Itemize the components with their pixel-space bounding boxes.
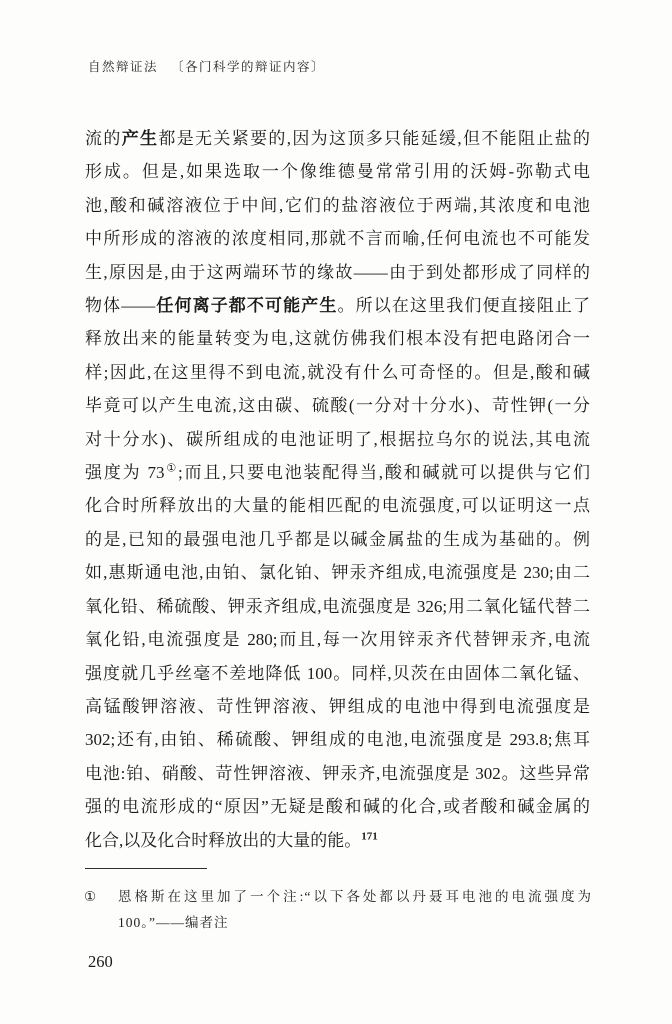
text-line: 中所形成的溶液的浓度相同,那就不言而喻,任何电流也不可能发 [85, 222, 590, 255]
text-line: 302;还有,由铂、稀硫酸、钾组成的电池,电流强度是 293.8;焦耳 [85, 723, 590, 756]
text-segment: 氧化铅,电流强度是 280;而且,每一次用锌汞齐代替钾汞齐,电流 [85, 630, 590, 649]
footnote-line-1: ① 恩格斯在这里加了一个注:“以下各处都以丹聂耳电池的电流强度为 [84, 884, 592, 910]
text-line: 强度为 73①;而且,只要电池装配得当,酸和碱就可以提供与它们 [85, 456, 590, 489]
text-segment: 高锰酸钾溶液、苛性钾溶液、钾组成的电池中得到电流强度是 [85, 697, 590, 716]
text-line: 电池:铂、硝酸、苛性钾溶液、钾汞齐,电流强度是 302。这些异常 [85, 757, 590, 790]
text-segment: 流的 [85, 129, 122, 148]
text-segment: ;而且,只要电池装配得当,酸和碱就可以提供与它们 [178, 463, 590, 482]
text-segment: 对十分水)、碳所组成的电池证明了,根据拉乌尔的说法,其电流 [85, 430, 590, 449]
body-text: 流的产生都是无关紧要的,因为这顶多只能延缓,但不能阻止盐的形成。但是,如果选取一… [85, 122, 590, 857]
text-line: 强度就几乎丝毫不差地降低 100。同样,贝茨在由固体二氧化锰、 [85, 657, 590, 690]
text-line: 池,酸和碱溶液位于中间,它们的盐溶液位于两端,其浓度和电池 [85, 189, 590, 222]
text-segment: 如,惠斯通电池,由铂、氯化铂、钾汞齐组成,电流强度是 230;由二 [85, 563, 590, 582]
page-number: 260 [88, 952, 113, 972]
text-segment: 中所形成的溶液的浓度相同,那就不言而喻,任何电流也不可能发 [85, 229, 590, 248]
footnote-text: 恩格斯在这里加了一个注:“以下各处都以丹聂耳电池的电流强度为 [118, 884, 592, 910]
emphasized-text: 任何离子都不可能产生 [155, 296, 337, 315]
text-line: 高锰酸钾溶液、苛性钾溶液、钾组成的电池中得到电流强度是 [85, 690, 590, 723]
text-segment: 强度就几乎丝毫不差地降低 100。同样,贝茨在由固体二氧化锰、 [85, 664, 590, 683]
superscript-reference: 171 [361, 830, 378, 842]
running-head-section-title: 〔各门科学的辩证内容〕 [171, 60, 325, 74]
text-segment: 强的电流形成的“原因”无疑是酸和碱的化合,或者酸和碱金属的 [85, 797, 590, 816]
text-segment: 形成。但是,如果选取一个像维德曼常常引用的沃姆-弥勒式电 [85, 162, 590, 181]
text-line: 化合时所释放出的大量的能相匹配的电流强度,可以证明这一点 [85, 489, 590, 522]
footnote-marker: ① [84, 884, 118, 910]
text-segment: 强度为 73 [85, 463, 165, 482]
text-segment: 的是,已知的最强电池几乎都是以碱金属盐的生成为基础的。例 [85, 530, 590, 549]
text-segment: 电池:铂、硝酸、苛性钾溶液、钾汞齐,电流强度是 302。这些异常 [85, 764, 590, 783]
text-segment: 生,原因是,由于这两端环节的缘故——由于到处都形成了同样的 [85, 263, 590, 282]
text-line: 强的电流形成的“原因”无疑是酸和碱的化合,或者酸和碱金属的 [85, 790, 590, 823]
text-segment: 毕竟可以产生电流,这由碳、硫酸(一分对十分水)、苛性钾(一分 [85, 396, 590, 415]
text-line: 的是,已知的最强电池几乎都是以碱金属盐的生成为基础的。例 [85, 523, 590, 556]
text-segment: 样;因此,在这里得不到电流,就没有什么可奇怪的。但是,酸和碱 [85, 363, 590, 382]
text-line: 样;因此,在这里得不到电流,就没有什么可奇怪的。但是,酸和碱 [85, 356, 590, 389]
running-head-book-title: 自然辩证法 [88, 60, 158, 74]
text-line: 形成。但是,如果选取一个像维德曼常常引用的沃姆-弥勒式电 [85, 155, 590, 188]
text-segment: 化合时所释放出的大量的能相匹配的电流强度,可以证明这一点 [85, 496, 590, 515]
text-line: 如,惠斯通电池,由铂、氯化铂、钾汞齐组成,电流强度是 230;由二 [85, 556, 590, 589]
book-page: 自然辩证法〔各门科学的辩证内容〕 流的产生都是无关紧要的,因为这顶多只能延缓,但… [0, 0, 672, 1024]
text-line: 氧化铅,电流强度是 280;而且,每一次用锌汞齐代替钾汞齐,电流 [85, 623, 590, 656]
text-segment: 302;还有,由铂、稀硫酸、钾组成的电池,电流强度是 293.8;焦耳 [85, 730, 590, 749]
text-segment: 物体—— [85, 296, 155, 315]
text-line: 化合,以及化合时释放出的大量的能。171 [85, 824, 590, 857]
text-line: 物体——任何离子都不可能产生。所以在这里我们便直接阻止了 [85, 289, 590, 322]
text-line: 生,原因是,由于这两端环节的缘故——由于到处都形成了同样的 [85, 256, 590, 289]
text-segment: 氧化铅、稀硫酸、钾汞齐组成,电流强度是 326;用二氧化锰代替二 [85, 597, 590, 616]
running-head: 自然辩证法〔各门科学的辩证内容〕 [88, 57, 325, 75]
footnote: ① 恩格斯在这里加了一个注:“以下各处都以丹聂耳电池的电流强度为 100。”——… [84, 884, 592, 936]
text-segment: 释放出来的能量转变为电,这就仿佛我们根本没有把电路闭合一 [85, 329, 590, 348]
text-line: 流的产生都是无关紧要的,因为这顶多只能延缓,但不能阻止盐的 [85, 122, 590, 155]
superscript-reference: ① [165, 462, 179, 474]
text-line: 对十分水)、碳所组成的电池证明了,根据拉乌尔的说法,其电流 [85, 423, 590, 456]
footnote-divider [85, 868, 207, 869]
text-line: 毕竟可以产生电流,这由碳、硫酸(一分对十分水)、苛性钾(一分 [85, 389, 590, 422]
text-line: 氧化铅、稀硫酸、钾汞齐组成,电流强度是 326;用二氧化锰代替二 [85, 590, 590, 623]
text-segment: 都是无关紧要的,因为这顶多只能延缓,但不能阻止盐的 [158, 129, 590, 148]
footnote-line-2: 100。”——编者注 [118, 910, 592, 936]
emphasized-text: 产生 [122, 129, 159, 148]
text-segment: 池,酸和碱溶液位于中间,它们的盐溶液位于两端,其浓度和电池 [85, 196, 590, 215]
text-line: 释放出来的能量转变为电,这就仿佛我们根本没有把电路闭合一 [85, 322, 590, 355]
text-segment: 化合,以及化合时释放出的大量的能。 [85, 831, 361, 850]
text-segment: 。所以在这里我们便直接阻止了 [338, 296, 591, 315]
